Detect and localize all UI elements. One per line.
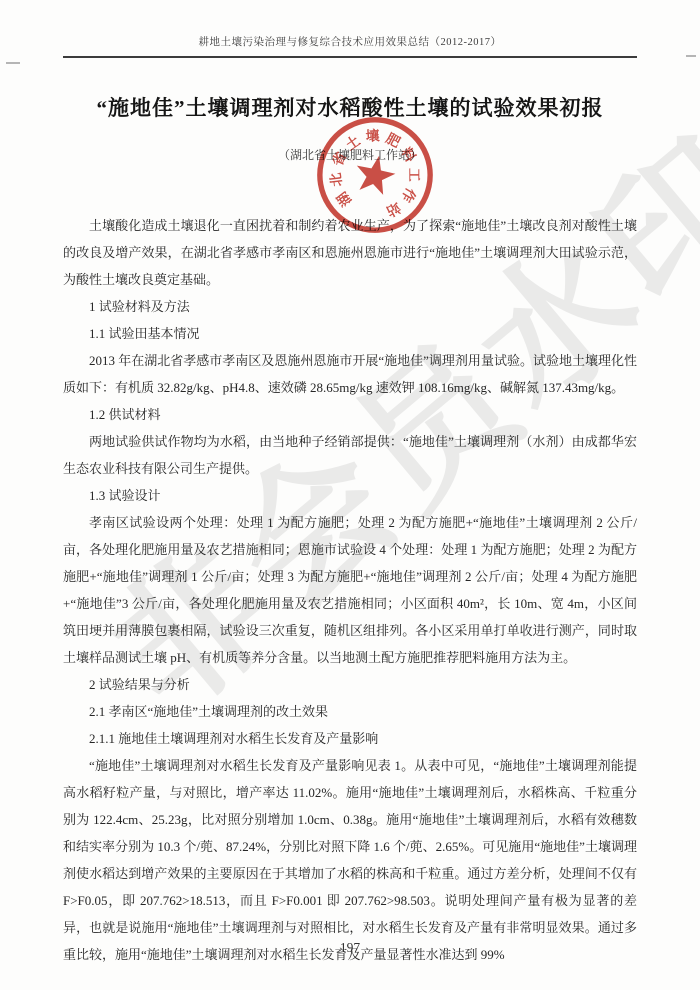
svg-text:壤: 壤	[365, 127, 380, 144]
svg-text:北: 北	[328, 172, 345, 188]
paragraph-7: 1.3 试验设计	[63, 482, 637, 509]
paragraph-3: 1.1 试验田基本情况	[63, 320, 637, 347]
paragraph-10: 2.1 孝南区“施地佳”土壤调理剂的改土效果	[63, 698, 637, 725]
page-number: 197	[340, 940, 360, 955]
document-page: 耕地土壤污染治理与修复综合技术应用效果总结（2012-2017） “施地佳”土壤…	[0, 0, 700, 990]
svg-text:站: 站	[383, 200, 403, 221]
seal-graphic: 湖北省土壤肥料工作站	[299, 99, 451, 251]
paragraph-2: 1 试验材料及方法	[63, 293, 637, 320]
scan-artifact-left	[6, 62, 20, 64]
paragraph-12: “施地佳”土壤调理剂对水稻生长发育及产量影响见表 1。从表中可见，“施地佳”土壤…	[63, 752, 637, 968]
svg-text:土: 土	[342, 132, 363, 153]
paragraph-11: 2.1.1 施地佳土壤调理剂对水稻生长发育及产量影响	[63, 725, 637, 752]
star-icon	[352, 152, 398, 197]
official-seal: 湖北省土壤肥料工作站	[299, 99, 451, 251]
page-header: 耕地土壤污染治理与修复综合技术应用效果总结（2012-2017）	[63, 34, 637, 58]
paragraph-4: 2013 年在湖北省孝感市孝南区及恩施州恩施市开展“施地佳”调理剂用量试验。试验…	[63, 347, 637, 401]
svg-text:料: 料	[398, 145, 418, 165]
paragraph-6: 两地试验供试作物均为水稻，由当地种子经销部提供：“施地佳”土壤调理剂（水剂）由成…	[63, 428, 637, 482]
svg-text:肥: 肥	[383, 131, 402, 151]
svg-text:湖: 湖	[333, 189, 354, 210]
svg-text:工: 工	[406, 168, 421, 182]
svg-text:作: 作	[398, 185, 419, 205]
paragraph-9: 2 试验结果与分析	[63, 671, 637, 698]
page-footer: 197	[0, 940, 700, 956]
scan-artifact-right	[686, 55, 696, 57]
svg-text:省: 省	[329, 149, 349, 168]
paragraph-5: 1.2 供试材料	[63, 401, 637, 428]
paragraph-8: 孝南区试验设两个处理：处理 1 为配方施肥；处理 2 为配方施肥+“施地佳”土壤…	[63, 509, 637, 671]
body-text: 土壤酸化造成土壤退化一直困扰着和制约着农业生产，为了探索“施地佳”土壤改良剂对酸…	[63, 212, 637, 968]
header-title: 耕地土壤污染治理与修复综合技术应用效果总结（2012-2017）	[199, 37, 502, 48]
